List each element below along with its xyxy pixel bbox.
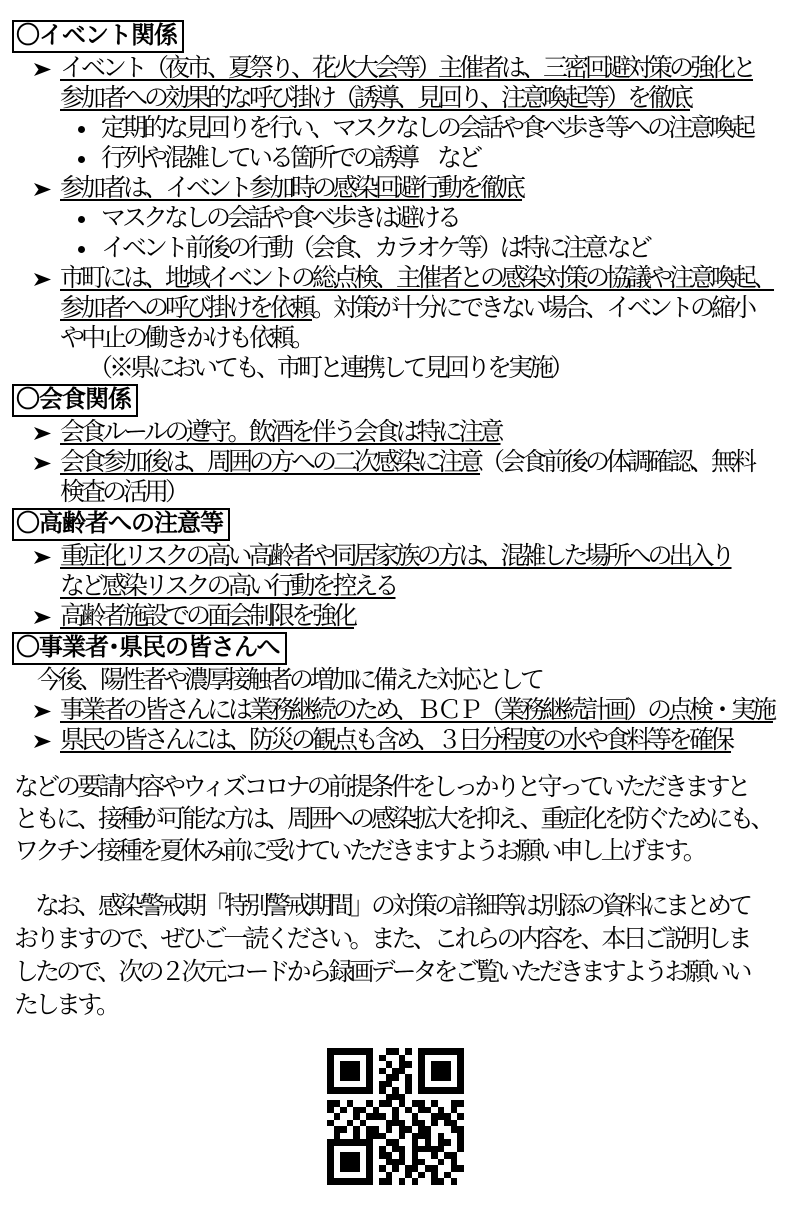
document-page: 〇イベント関係 イベント（夜市、夏祭り、花火大会等）主催者は、三密回避対策の強化… [0,0,797,1213]
arrow-bullet-icon [33,696,60,726]
section-title-business: 〇事業者･県民の皆さんへ [12,632,287,665]
bullet-text: イベント（夜市、夏祭り、花火大会等）主催者は、三密回避対策の強化と 参加者への効… [60,54,787,114]
qr-code [327,1048,464,1185]
section-title-elderly: 〇高齢者への注意等 [12,508,230,541]
lead-line: 今後、陽性者や濃厚接触者の増加に備えた対応として [12,666,787,696]
qr-code-container [12,1048,787,1185]
arrow-bullet-icon [33,418,60,448]
sub-bullet-text: マスクなしの会話や食べ歩きは避ける [101,204,787,234]
arrow-bullet-icon [33,726,60,756]
bullet-item: 市町には、地域イベントの総点検、主催者との感染対策の協議や注意喚起、 参加者への… [12,264,787,354]
bullet-item: 事業者の皆さんには業務継続のため、ＢＣＰ（業務継続計画）の点検・実施 [12,696,787,726]
bullet-item: イベント（夜市、夏祭り、花火大会等）主催者は、三密回避対策の強化と 参加者への効… [12,54,787,114]
dot-bullet-icon [74,114,101,144]
section-business-residents: 〇事業者･県民の皆さんへ 今後、陽性者や濃厚接触者の増加に備えた対応として 事業… [12,632,787,756]
section-header-row: 〇高齢者への注意等 [12,508,787,542]
bullet-text: 県民の皆さんには、防災の観点も含め、３日分程度の水や食料等を確保 [60,726,787,756]
section-header-row: 〇事業者･県民の皆さんへ [12,632,787,666]
sub-bullet-item: 行列や混雑している箇所での誘導 など [12,144,787,174]
bullet-item: 高齢者施設での面会制限を強化 [12,602,787,632]
dot-bullet-icon [74,144,101,174]
section-elderly: 〇高齢者への注意等 重症化リスクの高い高齢者や同居家族の方は、混雑した場所への出… [12,508,787,632]
bullet-item: 重症化リスクの高い高齢者や同居家族の方は、混雑した場所への出入り など感染リスク… [12,542,787,602]
bullet-text: 高齢者施設での面会制限を強化 [60,602,787,632]
section-title-events: 〇イベント関係 [12,20,184,53]
arrow-bullet-icon [33,602,60,632]
arrow-bullet-icon [33,542,60,602]
sub-bullet-item: 定期的な見回りを行い、マスクなしの会話や食べ歩き等への注意喚起 [12,114,787,144]
section-dining: 〇会食関係 会食ルールの遵守。飲酒を伴う会食は特に注意 会食参加後は、周囲の方へ… [12,384,787,508]
arrow-bullet-icon [33,264,60,354]
sub-bullet-text: 定期的な見回りを行い、マスクなしの会話や食べ歩き等への注意喚起 [101,114,787,144]
sub-bullet-item: マスクなしの会話や食べ歩きは避ける [12,204,787,234]
bullet-item: 会食ルールの遵守。飲酒を伴う会食は特に注意 [12,418,787,448]
section-events: 〇イベント関係 イベント（夜市、夏祭り、花火大会等）主催者は、三密回避対策の強化… [12,20,787,384]
section-header-row: 〇会食関係 [12,384,787,418]
arrow-bullet-icon [33,54,60,114]
section-title-dining: 〇会食関係 [12,384,138,417]
bullet-text: 参加者は、イベント参加時の感染回避行動を徹底 [60,174,787,204]
sub-bullet-text: 行列や混雑している箇所での誘導 など [101,144,787,174]
bullet-item: 会食参加後は、周囲の方への二次感染に注意（会食前後の体調確認、無料 検査の活用） [12,448,787,508]
dot-bullet-icon [74,204,101,234]
dot-bullet-icon [74,234,101,264]
bullet-text: 会食参加後は、周囲の方への二次感染に注意（会食前後の体調確認、無料 検査の活用） [60,448,787,508]
bullet-text: 重症化リスクの高い高齢者や同居家族の方は、混雑した場所への出入り など感染リスク… [60,542,787,602]
sub-bullet-text: イベント前後の行動（会食、カラオケ等）は特に注意 など [101,234,787,264]
closing-paragraph-1: などの要請内容やウィズコロナの前提条件をしっかりと守っていただきますと ともに、… [12,772,787,868]
section-header-row: 〇イベント関係 [12,20,787,54]
bullet-text: 事業者の皆さんには業務継続のため、ＢＣＰ（業務継続計画）の点検・実施 [60,696,787,726]
sub-bullet-item: イベント前後の行動（会食、カラオケ等）は特に注意 など [12,234,787,264]
bullet-text: 市町には、地域イベントの総点検、主催者との感染対策の協議や注意喚起、 参加者への… [60,264,787,354]
arrow-bullet-icon [33,174,60,204]
arrow-bullet-icon [33,448,60,508]
bullet-item: 参加者は、イベント参加時の感染回避行動を徹底 [12,174,787,204]
bullet-text: 会食ルールの遵守。飲酒を伴う会食は特に注意 [60,418,787,448]
bullet-item: 県民の皆さんには、防災の観点も含め、３日分程度の水や食料等を確保 [12,726,787,756]
closing-paragraph-2: なお、感染警戒期「特別警戒期間」の対策の詳細等は別添の資料にまとめて おりますの… [12,890,787,1022]
note-line: （※県においても、市町と連携して見回りを実施） [12,354,787,384]
